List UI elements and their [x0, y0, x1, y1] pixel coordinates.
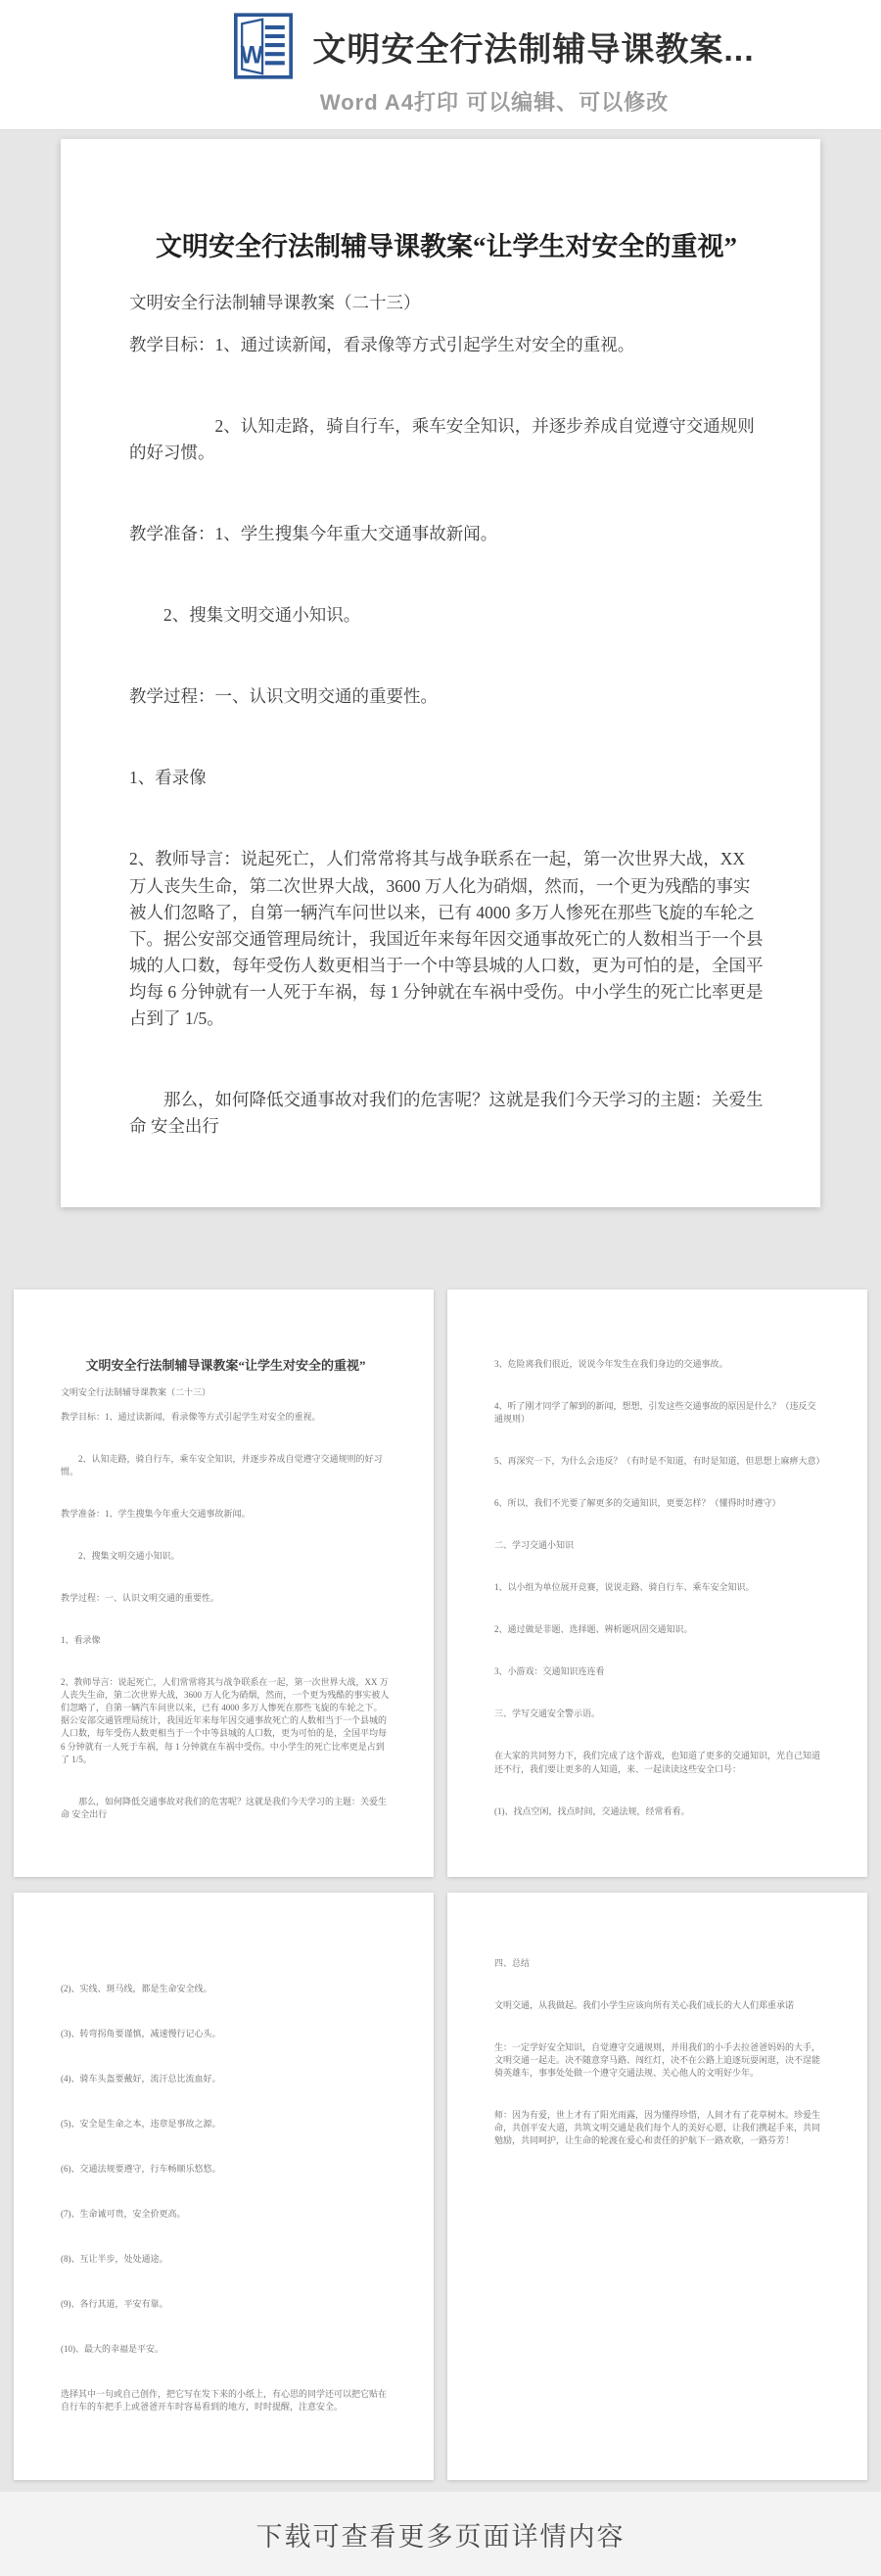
paragraph: (10)、最大的幸福是平安。 [61, 2343, 391, 2356]
paragraph: 3、危险离我们很近，说说今年发生在我们身边的交通事故。 [494, 1358, 824, 1371]
paragraph: 2、认知走路，骑自行车，乘车安全知识，并逐步养成自觉遵守交通规则的好习惯。 [61, 1453, 391, 1478]
paragraph: 5、再深究一下，为什么会违反？（有时是不知道，有时是知道，但思想上麻痹大意） [494, 1455, 824, 1468]
paragraph: 2、搜集文明交通小知识。 [61, 1550, 391, 1563]
paragraph: 教学目标：1、通过读新闻，看录像等方式引起学生对安全的重视。 [129, 332, 764, 358]
thumbnail-page-3[interactable]: (2)、实线、斑马线，都是生命安全线。(3)、转弯拐角要谨慎，减速慢行记心头。(… [14, 1893, 434, 2480]
header-content: W 文明安全行法制辅导课教案... Word A4打印 可以编辑、可以修改 [234, 13, 754, 117]
paragraph: 那么，如何降低交通事故对我们的危害呢？这就是我们今天学习的主题：关爱生命 安全出… [61, 1796, 391, 1821]
paragraph: 在大家的共同努力下，我们完成了这个游戏，也知道了更多的交通知识，光自己知道还不行… [494, 1750, 824, 1775]
paragraph: 四、总结 [494, 1957, 824, 1970]
download-more-note: 下载可查看更多页面详情内容 [256, 2515, 626, 2553]
paragraph: 1、看录像 [61, 1634, 391, 1647]
paragraph: 4、听了刚才同学了解到的新闻，想想，引发这些交通事故的原因是什么？（违反交通规则… [494, 1400, 824, 1426]
paragraph: 2、教师导言：说起死亡，人们常常将其与战争联系在一起，第一次世界大战，XX 万人… [129, 846, 764, 1032]
paragraph: (1)、找点空闲，找点时间，交通法规，经常看看。 [494, 1805, 824, 1818]
paragraph: 文明安全行法制辅导课教案（二十三） [129, 290, 764, 316]
paragraph: 2、教师导言：说起死亡，人们常常将其与战争联系在一起，第一次世界大战，XX 万人… [61, 1676, 391, 1765]
paragraph: 师：因为有爱，世上才有了阳光雨露，因为懂得珍惜，人间才有了花草树木。珍爱生命，共… [494, 2109, 824, 2147]
paragraph: (8)、互让半步，处处通途。 [61, 2253, 391, 2266]
paragraph: 生：一定学好安全知识，自觉遵守交通规则，并用我们的小手去拉爸爸妈妈的大手，文明交… [494, 2041, 824, 2080]
paragraph: (2)、实线、斑马线，都是生命安全线。 [61, 1983, 391, 1995]
paragraph: 2、认知走路，骑自行车，乘车安全知识，并逐步养成自觉遵守交通规则的好习惯。 [129, 413, 764, 466]
file-title: 文明安全行法制辅导课教案... [312, 23, 754, 70]
paragraph: 6、所以，我们不光要了解更多的交通知识，更要怎样？（懂得时时遵守） [494, 1497, 824, 1510]
page: W 文明安全行法制辅导课教案... Word A4打印 可以编辑、可以修改 文明… [0, 0, 881, 2576]
paragraph: 3、小游戏：交通知识连连看 [494, 1665, 824, 1678]
file-format-subtitle: Word A4打印 可以编辑、可以修改 [234, 86, 754, 117]
paragraph: 三、学写交通安全警示语。 [494, 1708, 824, 1720]
paragraph: 教学目标：1、通过读新闻，看录像等方式引起学生对安全的重视。 [61, 1411, 391, 1424]
paragraph: (3)、转弯拐角要谨慎，减速慢行记心头。 [61, 2028, 391, 2040]
paragraph: 文明交通，从我做起。我们小学生应该向所有关心我们成长的大人们郑重承诺 [494, 1999, 824, 2012]
svg-text:W: W [241, 42, 264, 69]
paragraph: 2、通过做是非题、选择题、辨析题巩固交通知识。 [494, 1623, 824, 1636]
preview-area: 文明安全行法制辅导课教案“让学生对安全的重视” 文明安全行法制辅导课教案（二十三… [0, 139, 881, 2480]
thumbnail-page-1[interactable]: 文明安全行法制辅导课教案“让学生对安全的重视”文明安全行法制辅导课教案（二十三）… [14, 1289, 434, 1877]
paragraph: 教学准备：1、学生搜集今年重大交通事故新闻。 [61, 1508, 391, 1521]
word-file-icon: W [234, 13, 293, 79]
paragraph: 教学过程：一、认识文明交通的重要性。 [61, 1592, 391, 1605]
paragraph: 选择其中一句或自己创作，把它写在发下来的小纸上，有心思的同学还可以把它贴在自行车… [61, 2388, 391, 2413]
paragraph: 1、以小组为单位展开竞赛，说说走路、骑自行车、乘车安全知识。 [494, 1581, 824, 1594]
paragraph: (5)、安全是生命之本，违章是事故之源。 [61, 2118, 391, 2131]
thumbnail-grid: 文明安全行法制辅导课教案“让学生对安全的重视”文明安全行法制辅导课教案（二十三）… [14, 1289, 867, 2480]
paragraph: (4)、骑车头盔要戴好，流汗总比流血好。 [61, 2073, 391, 2085]
paragraph: 教学过程：一、认识文明交通的重要性。 [129, 683, 764, 710]
thumbnail-page-4[interactable]: 四、总结文明交通，从我做起。我们小学生应该向所有关心我们成长的大人们郑重承诺生：… [447, 1893, 867, 2480]
document-preview-page-1[interactable]: 文明安全行法制辅导课教案“让学生对安全的重视” 文明安全行法制辅导课教案（二十三… [61, 139, 820, 1207]
paragraph: 2、搜集文明交通小知识。 [129, 602, 764, 629]
paragraph: 二、学习交通小知识 [494, 1539, 824, 1552]
document-body: 文明安全行法制辅导课教案（二十三）教学目标：1、通过读新闻，看录像等方式引起学生… [129, 290, 764, 1140]
mini-page-title: 文明安全行法制辅导课教案“让学生对安全的重视” [61, 1358, 391, 1375]
thumbnail-page-2[interactable]: 3、危险离我们很近，说说今年发生在我们身边的交通事故。4、听了刚才同学了解到的新… [447, 1289, 867, 1877]
document-title: 文明安全行法制辅导课教案“让学生对安全的重视” [129, 229, 764, 264]
paragraph: 教学准备：1、学生搜集今年重大交通事故新闻。 [129, 521, 764, 547]
paragraph: (6)、交通法规要遵守，行车畅顺乐悠悠。 [61, 2163, 391, 2176]
paragraph: 文明安全行法制辅导课教案（二十三） [61, 1386, 391, 1399]
paragraph: (9)、各行其道，平安有靠。 [61, 2298, 391, 2311]
paragraph: 1、看录像 [129, 765, 764, 791]
paragraph: (7)、生命诚可贵，安全价更高。 [61, 2208, 391, 2221]
footer-bar: 下载可查看更多页面详情内容 [0, 2492, 881, 2576]
paragraph: 那么，如何降低交通事故对我们的危害呢？这就是我们今天学习的主题：关爱生命 安全出… [129, 1087, 764, 1140]
header: W 文明安全行法制辅导课教案... Word A4打印 可以编辑、可以修改 [0, 0, 881, 130]
